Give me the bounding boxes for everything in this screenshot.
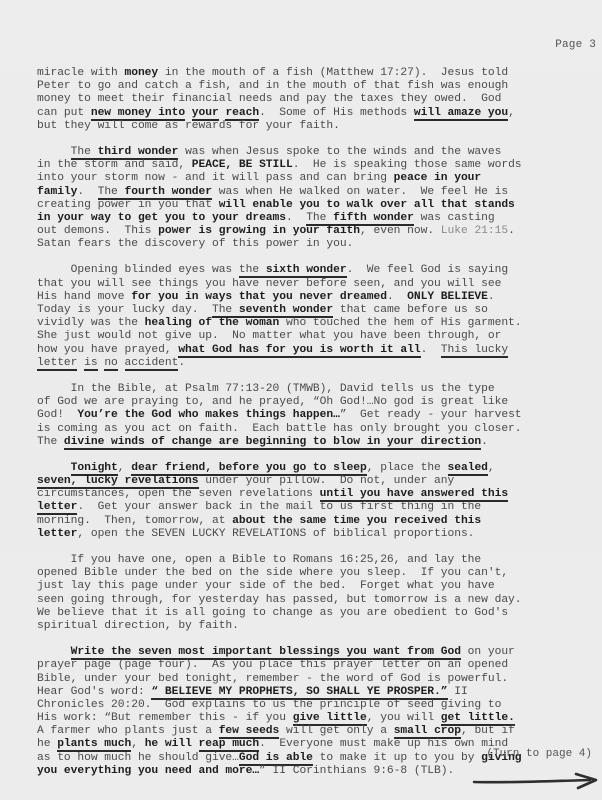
text-segment: . bbox=[421, 344, 441, 356]
text-line: seen going through, for yesterday has pa… bbox=[37, 594, 597, 607]
text-segment: can put bbox=[37, 107, 91, 119]
text-line: Tonight, dear friend, before you go to s… bbox=[37, 462, 597, 475]
text-segment bbox=[185, 107, 192, 119]
text-line: Opening blinded eyes was the sixth wonde… bbox=[37, 264, 597, 277]
emphasized-text: PEACE, BE STILL bbox=[192, 159, 293, 171]
emphasized-text: The bbox=[306, 212, 333, 226]
text-line: Chronicles 20:20. God explains to us the… bbox=[37, 699, 597, 712]
text-segment bbox=[37, 462, 71, 474]
text-segment: , open the SEVEN LUCKY REVELATIONS of bi… bbox=[77, 528, 474, 540]
text-segment: prayer page (page four). As you place th… bbox=[37, 659, 508, 671]
text-segment: . Some of His methods bbox=[259, 107, 414, 119]
text-segment: , but if bbox=[461, 725, 515, 737]
emphasized-text: The bbox=[98, 186, 125, 200]
text-line: of God we are praying to, and he prayed,… bbox=[37, 396, 597, 409]
letter-page: Page 3 miracle with money in the mouth o… bbox=[0, 0, 602, 800]
text-segment: God! bbox=[37, 409, 77, 421]
text-segment: under your pillow. Do not, under any bbox=[199, 475, 455, 487]
text-line: Hear God's word: “ BELIEVE MY PROPHETS, … bbox=[37, 686, 597, 699]
text-segment: into your storm now - and it will pass a… bbox=[37, 172, 394, 184]
text-segment: spiritual direction, by faith. bbox=[37, 620, 239, 632]
text-line: in the storm and said, PEACE, BE STILL. … bbox=[37, 159, 597, 172]
emphasized-text: what God has for you is worth it all bbox=[178, 344, 420, 358]
text-segment: Peter to go and catch a fish, and in the… bbox=[37, 80, 508, 92]
emphasized-text: The bbox=[71, 146, 98, 160]
text-line: Today is your lucky day. The seventh won… bbox=[37, 304, 597, 317]
text-segment bbox=[118, 357, 125, 369]
emphasized-text: reap much bbox=[199, 738, 260, 752]
emphasized-text: accident bbox=[125, 357, 179, 371]
text-line: Bible, under your bed tonight, remember … bbox=[37, 673, 597, 686]
text-line: His work: “But remember this - if you gi… bbox=[37, 712, 597, 725]
text-segment: . bbox=[387, 291, 407, 303]
text-line: She just would not give up. No matter wh… bbox=[37, 330, 597, 343]
text-segment: was when He walked on water. We feel He … bbox=[212, 186, 508, 198]
text-segment: His hand move bbox=[37, 291, 131, 303]
text-segment: in the storm and said, bbox=[37, 159, 192, 171]
text-line: Write the seven most important blessings… bbox=[37, 646, 597, 659]
text-segment: but they will come as rewards for your f… bbox=[37, 120, 340, 132]
text-line: letter is no accident. bbox=[37, 357, 597, 370]
text-segment: We believe that it is all going to chang… bbox=[37, 607, 508, 619]
text-line: In the Bible, at Psalm 77:13-20 (TMWB), … bbox=[37, 383, 597, 396]
emphasized-text: letter bbox=[37, 528, 77, 540]
text-segment: , bbox=[118, 462, 131, 474]
emphasized-text: in your way to get you to your dreams bbox=[37, 212, 286, 224]
text-segment: . He is speaking those same words bbox=[293, 159, 522, 171]
text-segment: A farmer who plants just a bbox=[37, 725, 219, 737]
text-segment: out demons. This bbox=[37, 225, 158, 237]
text-segment: II bbox=[448, 686, 468, 698]
text-segment: . bbox=[488, 291, 495, 303]
text-segment: opened Bible under the bed on the side w… bbox=[37, 567, 508, 579]
text-segment: that came before us so bbox=[333, 304, 488, 316]
text-line: is coming as you act on faith. Each batt… bbox=[37, 423, 597, 436]
text-line: vividly was the healing of the woman who… bbox=[37, 317, 597, 330]
emphasized-text: divine winds of change are beginning to … bbox=[64, 436, 481, 450]
text-segment: money to meet their financial needs and … bbox=[37, 93, 501, 105]
text-line: that you will see things you have never … bbox=[37, 278, 597, 291]
text-segment: . Get your answer back in the mail to us… bbox=[77, 501, 481, 513]
text-segment: , bbox=[131, 738, 144, 750]
text-segment: . Everyone must make up his own mind bbox=[259, 738, 508, 750]
emphasized-text: power is growing in your faith bbox=[158, 225, 360, 237]
text-line: letter, open the SEVEN LUCKY REVELATIONS… bbox=[37, 528, 597, 541]
emphasized-text: is bbox=[84, 357, 97, 371]
text-line: The divine winds of change are beginning… bbox=[37, 436, 597, 449]
text-segment bbox=[37, 646, 71, 658]
text-line: prayer page (page four). As you place th… bbox=[37, 659, 597, 672]
text-line: can put new money into your reach. Some … bbox=[37, 107, 597, 120]
text-line: opened Bible under the bed on the side w… bbox=[37, 567, 597, 580]
text-segment: . bbox=[77, 186, 97, 198]
text-line: creating power in you that will enable y… bbox=[37, 199, 597, 212]
text-line: seven, lucky revelations under your pill… bbox=[37, 475, 597, 488]
text-segment: In the Bible, at Psalm 77:13-20 (TMWB), … bbox=[37, 383, 495, 395]
emphasized-text: God is able bbox=[239, 752, 313, 766]
paragraph-psalm: In the Bible, at Psalm 77:13-20 (TMWB), … bbox=[37, 383, 597, 449]
text-line: His hand move for you in ways that you n… bbox=[37, 291, 597, 304]
text-line: out demons. This power is growing in you… bbox=[37, 225, 597, 238]
emphasized-text: for you in ways that you never dreamed bbox=[131, 291, 387, 303]
letter-body: miracle with money in the mouth of a fis… bbox=[37, 67, 597, 791]
emphasized-text: new money into bbox=[91, 107, 185, 121]
emphasized-text: seven, lucky revelations bbox=[37, 475, 199, 489]
text-line: just lay this page under your side of th… bbox=[37, 580, 597, 593]
emphasized-text: no bbox=[104, 357, 117, 371]
emphasized-text: get little. bbox=[441, 712, 515, 726]
emphasized-text: small crop bbox=[394, 725, 461, 739]
emphasized-text: will amaze you bbox=[414, 107, 508, 121]
text-segment: Today is your lucky day. bbox=[37, 304, 212, 316]
text-segment: was casting bbox=[414, 212, 495, 224]
text-segment: Hear God's word: bbox=[37, 686, 151, 698]
text-line: money to meet their financial needs and … bbox=[37, 93, 597, 106]
text-segment: who touched the hem of His garment. bbox=[279, 317, 521, 329]
text-segment: . bbox=[508, 225, 515, 237]
emphasized-text: peace in your bbox=[394, 172, 481, 184]
citation-text: Luke 21:15 bbox=[441, 225, 508, 237]
text-segment: is coming as you act on faith. Each batt… bbox=[37, 423, 522, 435]
text-line: miracle with money in the mouth of a fis… bbox=[37, 67, 597, 80]
text-line: God! You’re the God who makes things hap… bbox=[37, 409, 597, 422]
text-segment: just lay this page under your side of th… bbox=[37, 580, 495, 592]
emphasized-text: about the same time you received this bbox=[232, 515, 481, 527]
paragraph-sixth-seventh-wonder: Opening blinded eyes was the sixth wonde… bbox=[37, 264, 597, 370]
emphasized-text: letter bbox=[37, 357, 77, 371]
emphasized-text: Write the seven most important blessings… bbox=[71, 646, 461, 660]
text-segment bbox=[37, 146, 71, 158]
text-segment: . bbox=[481, 436, 488, 448]
emphasized-text: fourth wonder bbox=[125, 186, 212, 200]
emphasized-text: Tonight bbox=[71, 462, 118, 476]
paragraph-tonight: Tonight, dear friend, before you go to s… bbox=[37, 462, 597, 541]
text-segment: circumstances, open the seven revelation… bbox=[37, 488, 320, 500]
text-line: in your way to get you to your dreams. T… bbox=[37, 212, 597, 225]
emphasized-text: dear friend, before you go to sleep bbox=[131, 462, 367, 476]
emphasized-text: sixth wonder bbox=[266, 264, 347, 278]
text-line: but they will come as rewards for your f… bbox=[37, 120, 597, 133]
emphasized-text: will enable you to walk over all that st… bbox=[219, 199, 515, 211]
emphasized-text: “ BELIEVE MY PROPHETS, SO SHALL YE PROSP… bbox=[151, 686, 447, 700]
page-number: Page 3 bbox=[555, 39, 596, 51]
text-segment: . bbox=[178, 357, 185, 369]
text-line: morning. Then, tomorrow, at about the sa… bbox=[37, 515, 597, 528]
text-line: letter. Get your answer back in the mail… bbox=[37, 501, 597, 514]
emphasized-text: until you have answered this bbox=[320, 488, 508, 502]
text-line: spiritual direction, by faith. bbox=[37, 620, 597, 633]
turn-page-note: (Turn to page 4) bbox=[486, 748, 592, 760]
emphasized-text: You’re the God who makes things happen… bbox=[77, 409, 339, 421]
emphasized-text: money bbox=[124, 67, 158, 79]
emphasized-text: your bbox=[192, 107, 219, 121]
text-segment: The bbox=[37, 436, 64, 448]
text-segment: His work: “But remember this - if you bbox=[37, 712, 293, 724]
text-segment: of God we are praying to, and he prayed,… bbox=[37, 396, 508, 408]
text-segment: Chronicles 20:20. God explains to us the… bbox=[37, 699, 501, 711]
text-segment: vividly was the bbox=[37, 317, 145, 329]
text-segment: will get only a bbox=[279, 725, 393, 737]
emphasized-text: give little bbox=[293, 712, 367, 726]
paragraph-romans: If you have one, open a Bible to Romans … bbox=[37, 554, 597, 633]
emphasized-text: family bbox=[37, 186, 77, 198]
text-line: into your storm now - and it will pass a… bbox=[37, 172, 597, 185]
text-line: circumstances, open the seven revelation… bbox=[37, 488, 597, 501]
emphasized-text: plants much bbox=[57, 738, 131, 752]
text-segment: on your bbox=[461, 646, 515, 658]
text-segment: ” II Corinthians 9:6-8 (TLB). bbox=[259, 765, 454, 777]
text-line: family. The fourth wonder was when He wa… bbox=[37, 186, 597, 199]
text-segment: . bbox=[286, 212, 306, 224]
text-segment: Opening blinded eyes was bbox=[37, 264, 239, 276]
text-segment: as to how much he should give… bbox=[37, 752, 239, 764]
text-segment: was when Jesus spoke to the winds and th… bbox=[178, 146, 501, 158]
text-segment: he bbox=[37, 738, 57, 750]
text-line: Peter to go and catch a fish, and in the… bbox=[37, 80, 597, 93]
right-arrow-icon bbox=[472, 772, 600, 790]
emphasized-text: third wonder bbox=[98, 146, 179, 160]
text-segment: creating power in you that bbox=[37, 199, 219, 211]
text-segment: miracle with bbox=[37, 67, 124, 79]
text-line: We believe that it is all going to chang… bbox=[37, 607, 597, 620]
emphasized-text: fifth wonder bbox=[333, 212, 414, 226]
text-segment: Satan fears the discovery of this power … bbox=[37, 238, 353, 250]
text-line: The third wonder was when Jesus spoke to… bbox=[37, 146, 597, 159]
emphasized-text: seventh wonder bbox=[239, 304, 333, 318]
text-segment: , place the bbox=[367, 462, 448, 474]
text-segment: , bbox=[508, 107, 515, 119]
paragraph-third-fourth-fifth-wonder: The third wonder was when Jesus spoke to… bbox=[37, 146, 597, 252]
text-segment: , bbox=[488, 462, 495, 474]
text-segment: If you have one, open a Bible to Romans … bbox=[37, 554, 481, 566]
emphasized-text: the bbox=[239, 264, 266, 278]
text-line: Satan fears the discovery of this power … bbox=[37, 238, 597, 251]
text-segment: to make it up to you by bbox=[313, 752, 481, 764]
text-segment: . We feel God is saying bbox=[347, 264, 509, 276]
emphasized-text: he will bbox=[145, 738, 199, 750]
text-line: If you have one, open a Bible to Romans … bbox=[37, 554, 597, 567]
text-segment: , you will bbox=[367, 712, 441, 724]
emphasized-text: The bbox=[212, 304, 239, 318]
emphasized-text: few seeds bbox=[219, 725, 280, 739]
text-segment: , even now. bbox=[360, 225, 441, 237]
emphasized-text: letter bbox=[37, 501, 77, 515]
emphasized-text: This lucky bbox=[441, 344, 508, 358]
text-segment: that you will see things you have never … bbox=[37, 278, 501, 290]
text-segment: how you have prayed, bbox=[37, 344, 178, 356]
text-segment: She just would not give up. No matter wh… bbox=[37, 330, 501, 342]
emphasized-text: sealed bbox=[448, 462, 488, 476]
emphasized-text: you everything you need and more… bbox=[37, 765, 259, 777]
text-segment: seen going through, for yesterday has pa… bbox=[37, 594, 522, 606]
text-segment: Bible, under your bed tonight, remember … bbox=[37, 673, 508, 685]
paragraph-fish-miracle: miracle with money in the mouth of a fis… bbox=[37, 67, 597, 133]
emphasized-text: ONLY BELIEVE bbox=[407, 291, 488, 303]
text-segment: morning. Then, tomorrow, at bbox=[37, 515, 232, 527]
text-line: A farmer who plants just a few seeds wil… bbox=[37, 725, 597, 738]
emphasized-text: reach bbox=[225, 107, 259, 121]
text-line: how you have prayed, what God has for yo… bbox=[37, 344, 597, 357]
text-segment: in the mouth of a fish (Matthew 17:27). … bbox=[158, 67, 508, 79]
emphasized-text: healing of the woman bbox=[145, 317, 280, 329]
text-segment: ” Get ready - your harvest bbox=[340, 409, 522, 421]
